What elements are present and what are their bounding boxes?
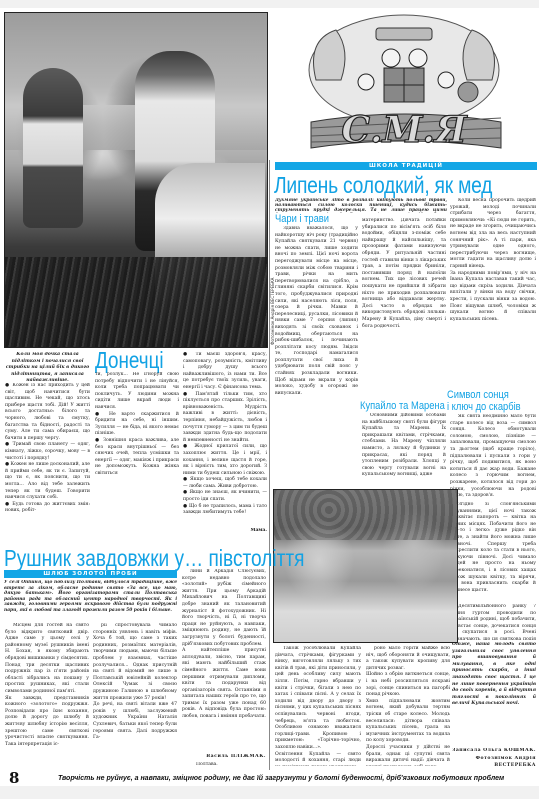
bottom-margin: [0, 786, 539, 799]
photo-figure-girl: [23, 68, 83, 228]
rushnyk-lead: У селі Опішня, що поблизу Полтави, відбу…: [4, 580, 177, 620]
subhead-symvol-line1: Символ сонця: [447, 389, 509, 401]
donechtsi-col1: ● Кожен із нас приходить у цей світ, щоб…: [5, 383, 90, 535]
rushnyk-place: Полтава.: [196, 762, 266, 769]
svg-text:С.М.Я: С.М.Я: [341, 109, 468, 151]
subhead-symvol-line2: і ключ до скарбів: [447, 401, 521, 413]
kupalo-author-name: Записала Ольга КОШМАК.: [452, 748, 536, 753]
rushnyk-col2: рії спростовувала чимало сторонніх уявле…: [93, 623, 177, 773]
kupalo-col1: Здавна вважалося, що у найкоротшу ніч ро…: [275, 226, 358, 488]
rushnyk-col1: Місцем для гостей на свято було відкрито…: [5, 623, 89, 773]
kupalo-lead: Духмяне українське літо в розпалі: квіту…: [275, 198, 447, 213]
family-logo-icon: С.М.Я: [296, 10, 512, 158]
photo-trees: [274, 490, 457, 540]
kupalo-col4c: Десятимільйонного ранку 7 липня гуртом п…: [450, 604, 536, 640]
kupalo-closing: Отже, наша молодь свято узагальнила своє…: [452, 642, 536, 728]
page-number: 8: [9, 770, 19, 786]
section-label-school-of-traditions: ШКОЛА ТРАДИЦІЙ: [275, 162, 537, 170]
rushnyk-author-name: Василь ПЛІЖМАК.: [206, 754, 266, 759]
donechtsi-col2: ти, розлук... Не ігноруй свою потребу ві…: [95, 372, 179, 535]
donechtsi-lead: Коли моя дочка стала підлітком і почалис…: [5, 352, 90, 382]
top-margin: [0, 0, 539, 8]
kupalo-author: Записала Ольга КОШМАК.: [452, 748, 536, 755]
section-label-golden-marriage: ШЛЮБ ЗОЛОТОЇ ПРОБИ: [4, 570, 177, 578]
subhead-kupailo-marena: Купайло та Марена: [360, 400, 445, 412]
column-divider: [269, 160, 270, 770]
main-photo: [4, 12, 268, 348]
donechtsi-signature: Мама.: [183, 528, 267, 536]
kupalo-bottom-col1: Також уособлювали Купайла дівчата, стріч…: [275, 646, 361, 766]
donechtsi-col3: ● Ти маєш здоров'я, красу, самоповагу, р…: [183, 352, 267, 527]
kupalo-col4: Як свята неодмінно мало бути старе колес…: [450, 414, 536, 500]
headline-lypen: Липень солодкий, як мед: [274, 172, 492, 199]
footer-slogan: Творчість не руйнує, а навпаки, зміцнює …: [58, 773, 490, 782]
kupalo-photo-by: Фотознімок Андрія ВЕСТЕРЕБКА: [452, 756, 536, 770]
headline-donechtsi: Донечці: [95, 347, 164, 374]
kupalo-col4b: Згідно зі слов'янськими віруваннями, ціє…: [450, 502, 536, 602]
newspaper-page: Фотознімок Андрія ВЕСТЕРЕБКА С.М.Я ШКОЛА…: [0, 0, 539, 799]
kupalo-kupailo-text: Основними дійовими особами на найбільшом…: [362, 413, 446, 485]
kupalo-col2: материнство. Дівчата потайки убиралися п…: [362, 218, 446, 400]
rushnyk-col3: лини й Аркадія Слюсуєвих, котре недавно …: [182, 569, 266, 752]
headline-rushnyk: Рушник завдовжки у… півстоліття: [4, 545, 304, 572]
kupalo-col3: Коли весна пророчить щедрий урожай, моло…: [450, 198, 536, 388]
rushnyk-author: Василь ПЛІЖМАК.: [182, 754, 266, 761]
kupalo-bottom-col2: роно мало горіти майже всю ніч, щоб обор…: [366, 646, 450, 766]
subhead-chary: Чари і трави: [275, 213, 329, 225]
photo-grass: [5, 257, 267, 347]
